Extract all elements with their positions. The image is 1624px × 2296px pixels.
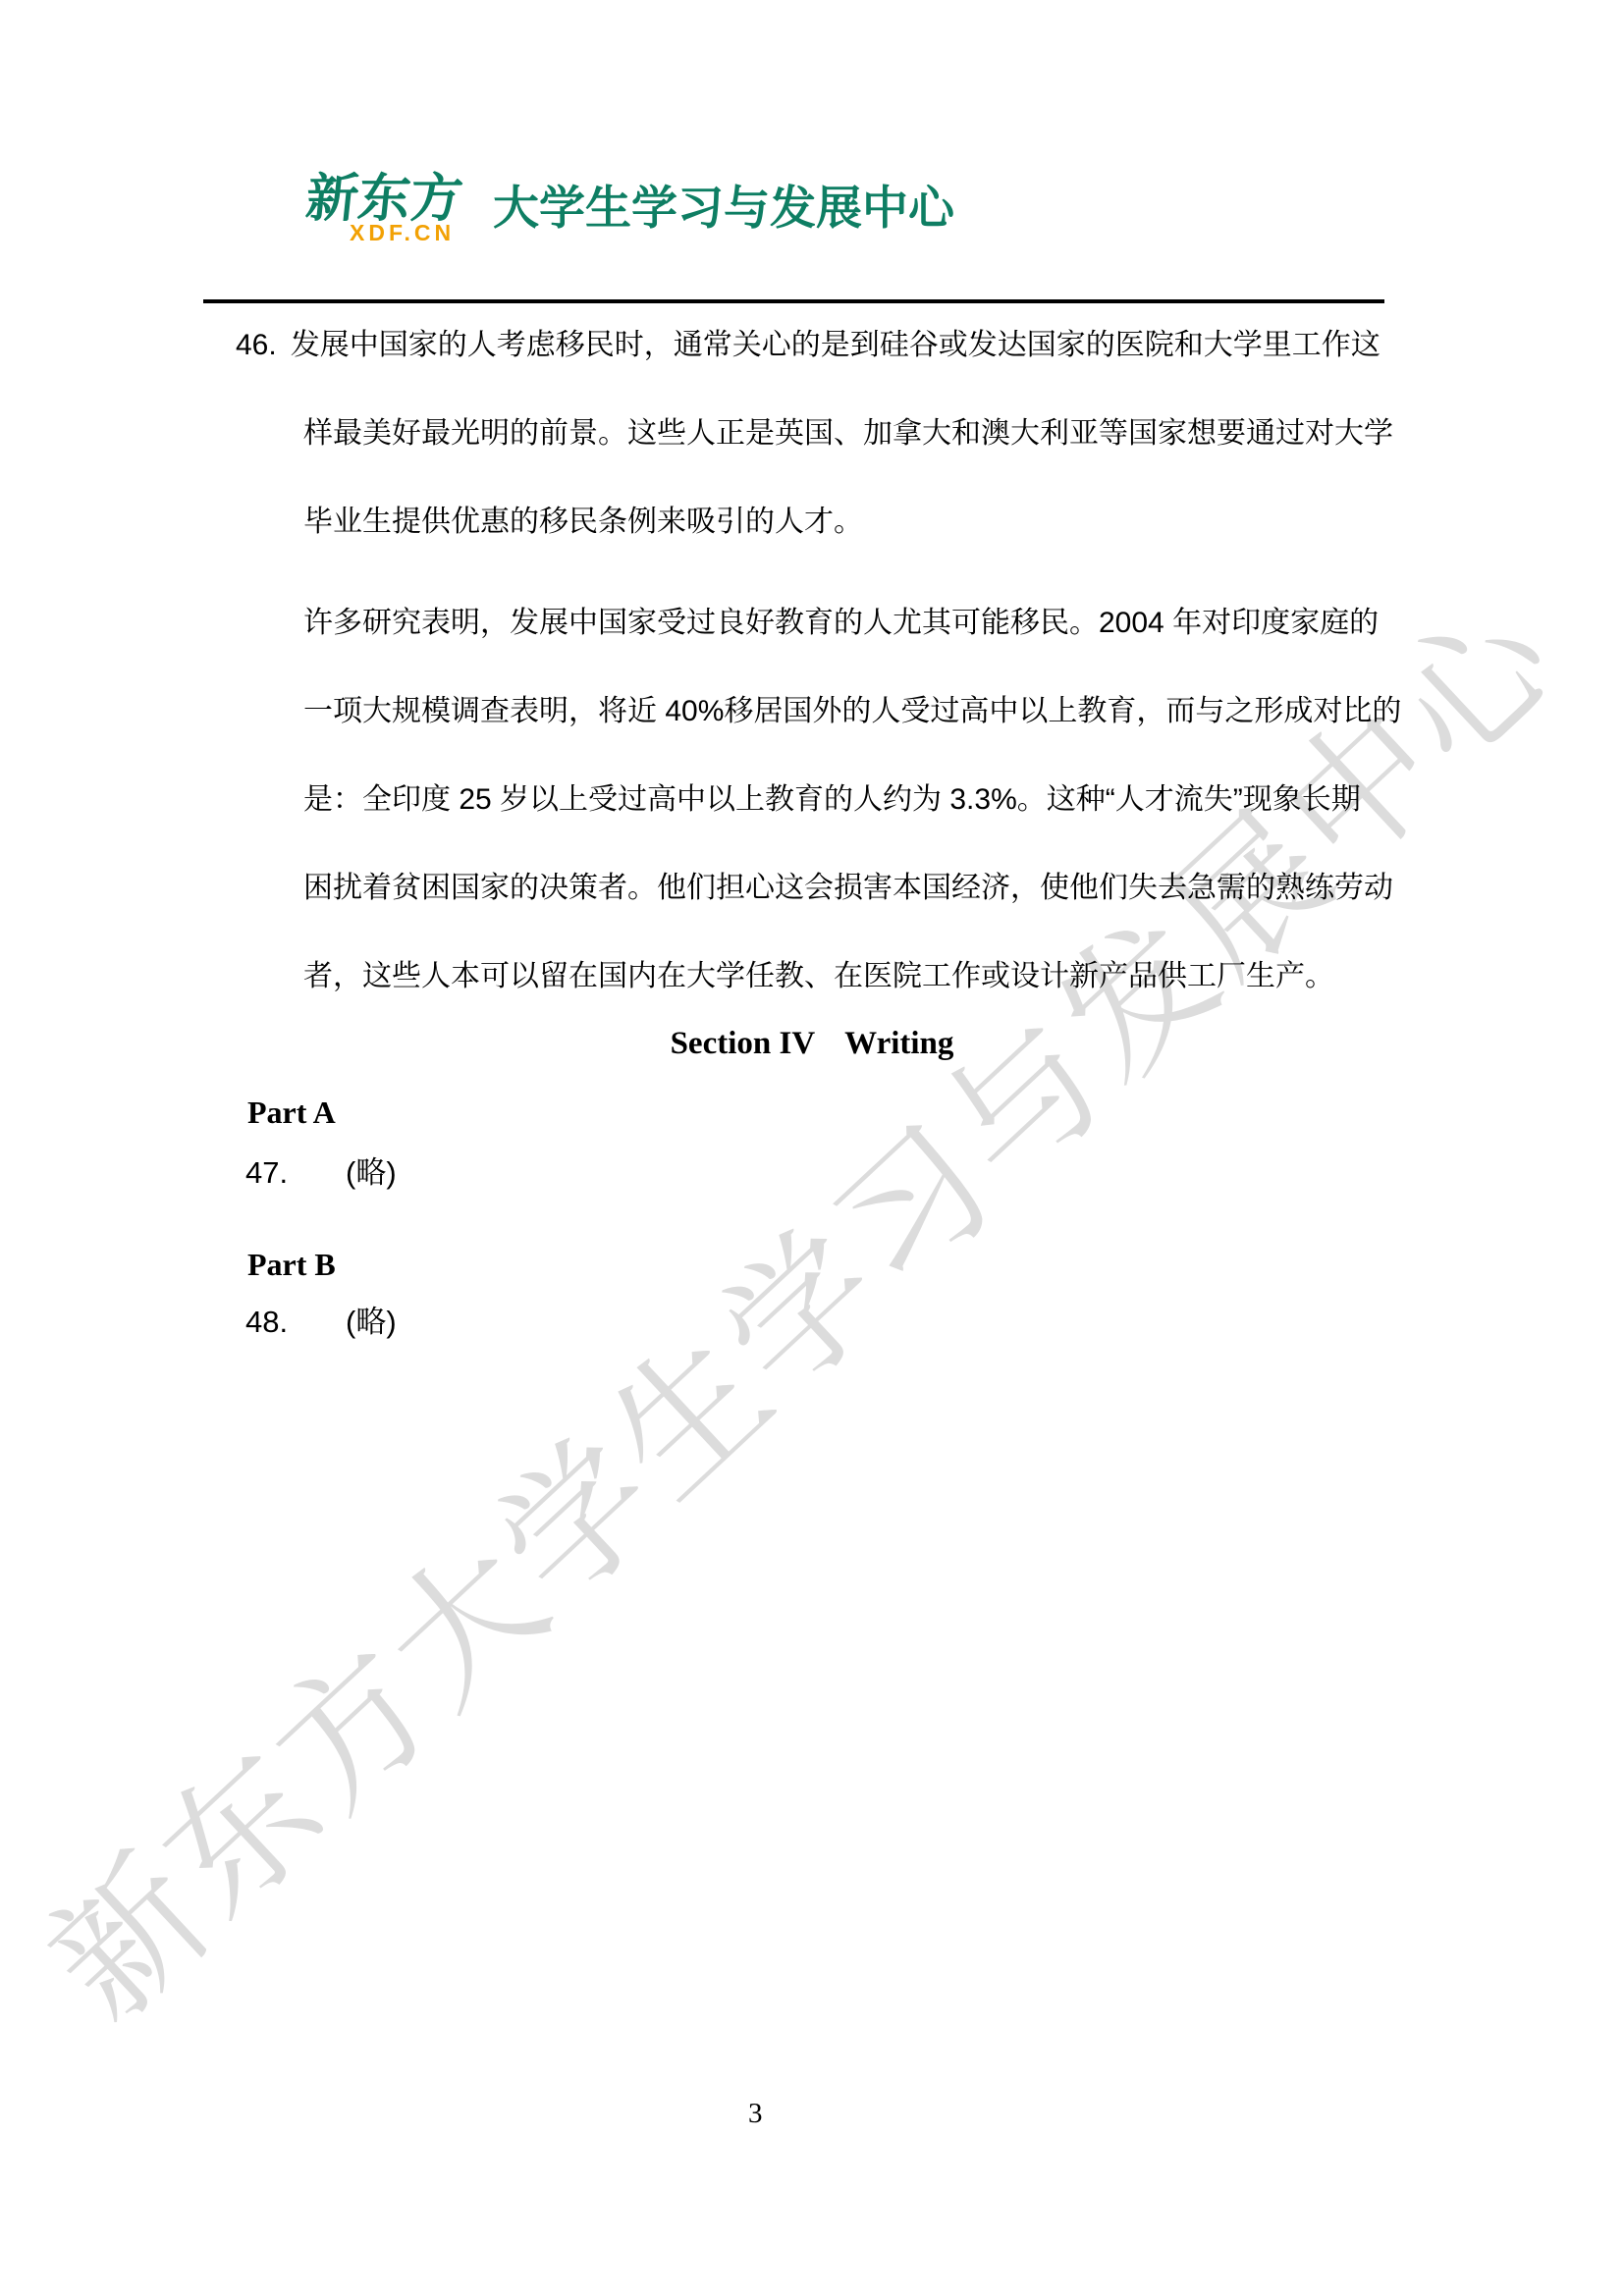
question-46-paragraph-2: 许多研究表明，发展中国家受过良好教育的人尤其可能移民。2004 年对印度家庭的 … (303, 579, 1433, 1021)
part-b-heading: Part B (247, 1245, 336, 1284)
section-heading-label: Section IV (671, 1026, 816, 1061)
paragraph-line: 样最美好最光明的前景。这些人正是英国、加拿大和澳大利亚等国家想要通过对大学 (236, 390, 1429, 478)
document-page: 新东方大学生学习与发展中心 新东方 XDF.CN 大学生学习与发展中心 46.发… (0, 0, 1624, 2296)
part-a-heading: Part A (247, 1093, 336, 1132)
xdf-logo-org-name: 大学生学习与发展中心 (493, 185, 954, 231)
paragraph-line: 是：全印度 25 岁以上受过高中以上教育的人约为 3.3%。这种“人才流失”现象… (303, 756, 1433, 844)
answer-item-48: 48.(略) (245, 1302, 397, 1343)
paragraph-line: 毕业生提供优惠的移民条例来吸引的人才。 (236, 478, 1429, 566)
answer-item-47: 47.(略) (245, 1152, 397, 1194)
paragraph-line: 一项大规模调查表明，将近 40%移居国外的人受过高中以上教育，而与之形成对比的 (303, 667, 1433, 756)
xdf-logo-domain: XDF.CN (350, 222, 455, 244)
item-text: (略) (346, 1155, 397, 1190)
paragraph-line: 许多研究表明，发展中国家受过良好教育的人尤其可能移民。2004 年对印度家庭的 (303, 579, 1433, 667)
section-iv-writing-heading: Section IVWriting (0, 1025, 1624, 1064)
paragraph-line: 者，这些人本可以留在国内在大学任教、在医院工作或设计新产品供工厂生产。 (303, 933, 1433, 1021)
paragraph-line: 发展中国家的人考虑移民时，通常关心的是到硅谷或发达国家的医院和大学里工作这 (291, 329, 1380, 361)
item-number: 48. (245, 1302, 346, 1343)
page-number: 3 (748, 2097, 763, 2131)
item-text: (略) (346, 1305, 397, 1339)
paragraph-line: 困扰着贫困国家的决策者。他们担心这会损害本国经济，使他们失去急需的熟练劳动 (303, 844, 1433, 933)
question-46-answer: 46.发展中国家的人考虑移民时，通常关心的是到硅谷或发达国家的医院和大学里工作这… (236, 301, 1429, 566)
question-number: 46. (236, 329, 277, 361)
item-number: 47. (245, 1152, 346, 1194)
xdf-logo-brand: 新东方 (303, 173, 465, 225)
section-heading-title: Writing (844, 1026, 953, 1061)
